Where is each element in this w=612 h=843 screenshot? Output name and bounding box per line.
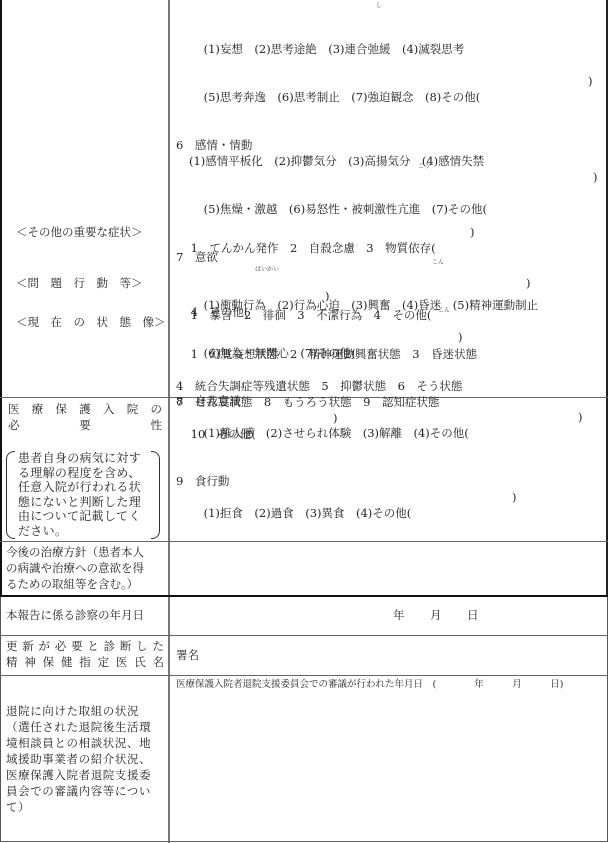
label-line: て） (6, 799, 166, 815)
label-char: 医 (116, 654, 128, 670)
label-char: 精 (6, 654, 18, 670)
necessity-label-line-2: 必 要 性 (8, 417, 162, 433)
label-line: の病識や治療への意欲を得 (6, 560, 166, 576)
divider-plan-date-thick (0, 595, 608, 597)
close-paren: ) (526, 275, 531, 291)
label-char: 入 (103, 401, 115, 417)
current-state-row-1: こん 1 幻覚妄想状態 2 精神運動興奮状態 3 昏迷状態 (176, 314, 606, 378)
label-char: 性 (151, 417, 163, 433)
label-char: 要 (71, 638, 83, 654)
form-border-bottom (0, 841, 608, 842)
label-char: 神 (24, 654, 36, 670)
label-line: 医療保護入院者退院支援委 (6, 767, 166, 783)
signature-input[interactable] (210, 638, 604, 672)
column-divider (168, 0, 170, 843)
form-border-left (0, 0, 2, 596)
ruby-text: し (376, 3, 382, 9)
label-line: 員会での審議内容等につい (6, 783, 166, 799)
necessity-note-text: 患者自身の病気に対す る理解の程度を含め、 任意入院が行われる状 態にないと判断… (18, 451, 150, 538)
label-char: 健 (61, 654, 73, 670)
label-char: 名 (153, 654, 165, 670)
discharge-input[interactable] (172, 694, 604, 838)
label-char: 医 (8, 401, 20, 417)
ruby-text: こう (418, 164, 430, 170)
ruby-text: はいかい (255, 267, 279, 273)
left-bracket (6, 451, 15, 539)
label-char: 氏 (134, 654, 146, 670)
doctor-label-line-1: 更 新 が 必 要 と 診 断 し た (6, 638, 164, 654)
close-paren: ) (470, 224, 475, 240)
form-border-left-lower (0, 596, 1, 841)
label-line: 今後の治療方針（患者本人 (6, 544, 166, 560)
form-border-right-lower (607, 596, 608, 841)
note-line: 態にないと判断した理 (18, 495, 150, 510)
doctor-label: 更 新 が 必 要 と 診 断 し た 精 神 保 健 指 定 医 氏 名 (6, 638, 164, 670)
thought-row-2: (5)思考奔逸 (6)思考制止 (7)強迫観念 (8)その他( ) (176, 73, 606, 137)
label-char: と (87, 638, 99, 654)
label-char: 必 (8, 417, 20, 433)
label-char: 保 (43, 654, 55, 670)
label-char: 断 (120, 638, 132, 654)
label-line: （選任された退院後生活環 (6, 719, 166, 735)
section-6-items: (5)焦燥・激越 (6)易怒性・被刺激性亢進 (7)その他( (204, 202, 487, 216)
current-state-label: ＜現 在 の 状 態 像＞ (16, 314, 166, 330)
label-line: 退院に向けた取組の状況 (6, 703, 166, 719)
exam-date-field[interactable]: 年 月 日 (172, 599, 606, 633)
note-line: る理解の程度を含め、 (18, 466, 150, 481)
label-char: 保 (56, 401, 68, 417)
label-char: し (136, 638, 148, 654)
other-symptoms-items: 1 てんかん発作 2 自殺念慮 3 物質依存( (191, 241, 436, 255)
treatment-plan-label: 今後の治療方針（患者本人 の病識や治療への意欲を得 るための取組等を含む。） (6, 544, 166, 592)
close-paren: ) (593, 169, 598, 185)
thought-items-text: (5)思考奔逸 (6)思考制止 (7)強迫観念 (8)その他( (204, 90, 481, 104)
right-bracket (151, 451, 160, 539)
divider-date-doctor (0, 635, 608, 636)
day-label: 日 (467, 607, 479, 623)
label-char: 護 (79, 401, 91, 417)
section-6-title: 6 感情・情動 (176, 137, 606, 153)
exam-date-label: 本報告に係る診察の年月日 (6, 607, 144, 623)
current-state-items: 1 幻覚妄想状態 2 精神運動興奮状態 3 昏迷状態 (191, 347, 477, 361)
doctor-label-line-2: 精 神 保 健 指 定 医 氏 名 (6, 654, 164, 670)
label-char: 必 (55, 638, 67, 654)
treatment-plan-input[interactable] (172, 544, 604, 592)
label-char: た (152, 638, 164, 654)
label-char: 要 (79, 417, 91, 433)
year-label: 年 (393, 607, 405, 623)
label-char: 新 (22, 638, 34, 654)
month-label: 月 (430, 607, 442, 623)
label-char: 診 (104, 638, 116, 654)
label-char: が (39, 638, 51, 654)
committee-date-text: 医療保護入院者退院支援委員会での審議が行われた年月日 ( 年 月 日) (176, 679, 563, 691)
label-char: の (151, 401, 163, 417)
label-char: 指 (79, 654, 91, 670)
problem-behavior-label: ＜問 題 行 動 等＞ (16, 275, 143, 291)
label-line: 境相談員との相談状況、地 (6, 735, 166, 751)
current-state-row-2: 4 統合失調症等残遺状態 5 抑鬱状態 6 そう状態 (176, 378, 606, 394)
thought-row-1: し (1)妄想 (2)思考途絶 (3)連合弛緩 (4)滅裂思考 (176, 9, 606, 73)
note-line: ださい。 (18, 524, 150, 539)
note-line: 患者自身の病気に対す (18, 451, 150, 466)
necessity-note: 患者自身の病気に対す る理解の程度を含め、 任意入院が行われる状 態にないと判断… (6, 451, 160, 539)
thought-items-text: (1)妄想 (2)思考途絶 (3)連合弛緩 (4)滅裂思考 (204, 42, 465, 56)
ruby-text: こん (438, 308, 450, 314)
signature-label: 署名 (176, 647, 199, 663)
form-border-right (606, 0, 608, 596)
necessity-label: 医 療 保 護 入 院 の 必 要 性 (8, 401, 162, 433)
necessity-label-line-1: 医 療 保 護 入 院 の (8, 401, 162, 417)
label-char: 定 (98, 654, 110, 670)
close-paren: ) (588, 73, 593, 89)
label-char: 院 (127, 401, 139, 417)
note-line: 任意入院が行われる状 (18, 480, 150, 495)
other-symptoms-label: ＜その他の重要な症状＞ (16, 224, 143, 240)
note-line: 由について記載してく (18, 509, 150, 524)
label-line: るための取組等を含む。） (6, 576, 166, 592)
discharge-label: 退院に向けた取組の状況 （選任された退院後生活環 境相談員との相談状況、地 域援… (6, 703, 166, 815)
label-char: 更 (6, 638, 18, 654)
divider-doctor-discharge (0, 675, 608, 676)
section-6-row-1: (1)感情平板化 (2)抑鬱気分 (3)高揚気分 (4)感情失禁 (176, 153, 606, 169)
label-line: 域援助事業者の紹介状況、 (6, 751, 166, 767)
label-char: 療 (32, 401, 44, 417)
necessity-input[interactable] (172, 400, 604, 538)
